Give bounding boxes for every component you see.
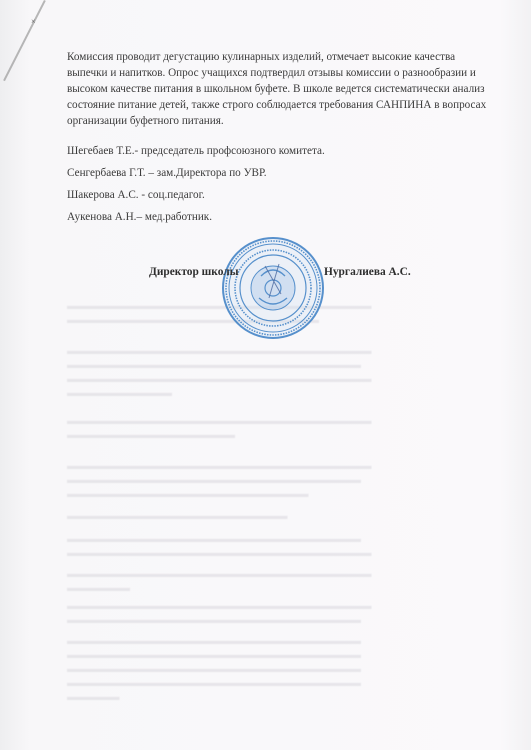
show-through-text: ▬▬▬▬▬▬▬▬▬▬▬▬▬▬▬▬▬▬▬▬▬▬▬▬▬▬▬▬▬▬▬▬▬▬▬▬▬▬▬▬… xyxy=(67,600,487,628)
signatory: Сенгербаева Г.Т. – зам.Директора по УВР. xyxy=(67,167,267,179)
show-through-text: ▬▬▬▬▬▬▬▬▬▬▬▬▬▬▬▬▬▬▬▬▬▬▬▬▬▬▬▬▬▬▬▬▬▬▬▬▬▬▬▬… xyxy=(67,533,487,561)
show-through-text: ▬▬▬▬▬▬▬▬▬▬▬▬▬▬▬▬▬▬▬▬▬▬▬▬▬▬▬▬▬▬▬▬▬▬▬▬▬▬▬▬… xyxy=(67,345,487,401)
show-through-text: ▬▬▬▬▬▬▬▬▬▬▬▬▬▬▬▬▬▬▬▬▬ xyxy=(67,510,487,524)
director-label: Директор школы xyxy=(149,266,239,278)
show-through-text: ▬▬▬▬▬▬▬▬▬▬▬▬▬▬▬▬▬▬▬▬▬▬▬▬▬▬▬▬▬▬▬▬▬▬▬▬▬▬▬▬… xyxy=(67,415,487,443)
scan-mark: × xyxy=(31,17,36,26)
fold-line xyxy=(3,0,46,81)
signatory: Аукенова А.Н.– мед.работник. xyxy=(67,211,212,223)
body-paragraph: Комиссия проводит дегустацию кулинарных … xyxy=(67,49,487,129)
director-name: Нургалиева А.С. xyxy=(324,266,411,278)
show-through-text: ▬▬▬▬▬▬▬▬▬▬▬▬▬▬▬▬▬▬▬▬▬▬▬▬▬▬▬▬▬▬▬▬▬▬▬▬▬▬▬▬… xyxy=(67,635,487,705)
signatory: Шегебаев Т.Е.- председатель профсоюзного… xyxy=(67,145,325,157)
document-page: × ▬▬▬▬▬▬▬▬▬▬▬▬▬▬▬▬▬▬▬▬▬▬▬▬▬▬▬▬▬▬▬▬▬▬▬▬▬▬… xyxy=(0,0,531,750)
show-through-text: ▬▬▬▬▬▬▬▬▬▬▬▬▬▬▬▬▬▬▬▬▬▬▬▬▬▬▬▬▬▬▬▬▬▬▬ xyxy=(67,568,487,596)
official-stamp-icon xyxy=(221,236,325,340)
signatory: Шакерова А.С. - соц.педагог. xyxy=(67,189,205,201)
show-through-text: ▬▬▬▬▬▬▬▬▬▬▬▬▬▬▬▬▬▬▬▬▬▬▬▬▬▬▬▬▬▬▬▬▬▬▬▬▬▬▬▬… xyxy=(67,460,487,502)
